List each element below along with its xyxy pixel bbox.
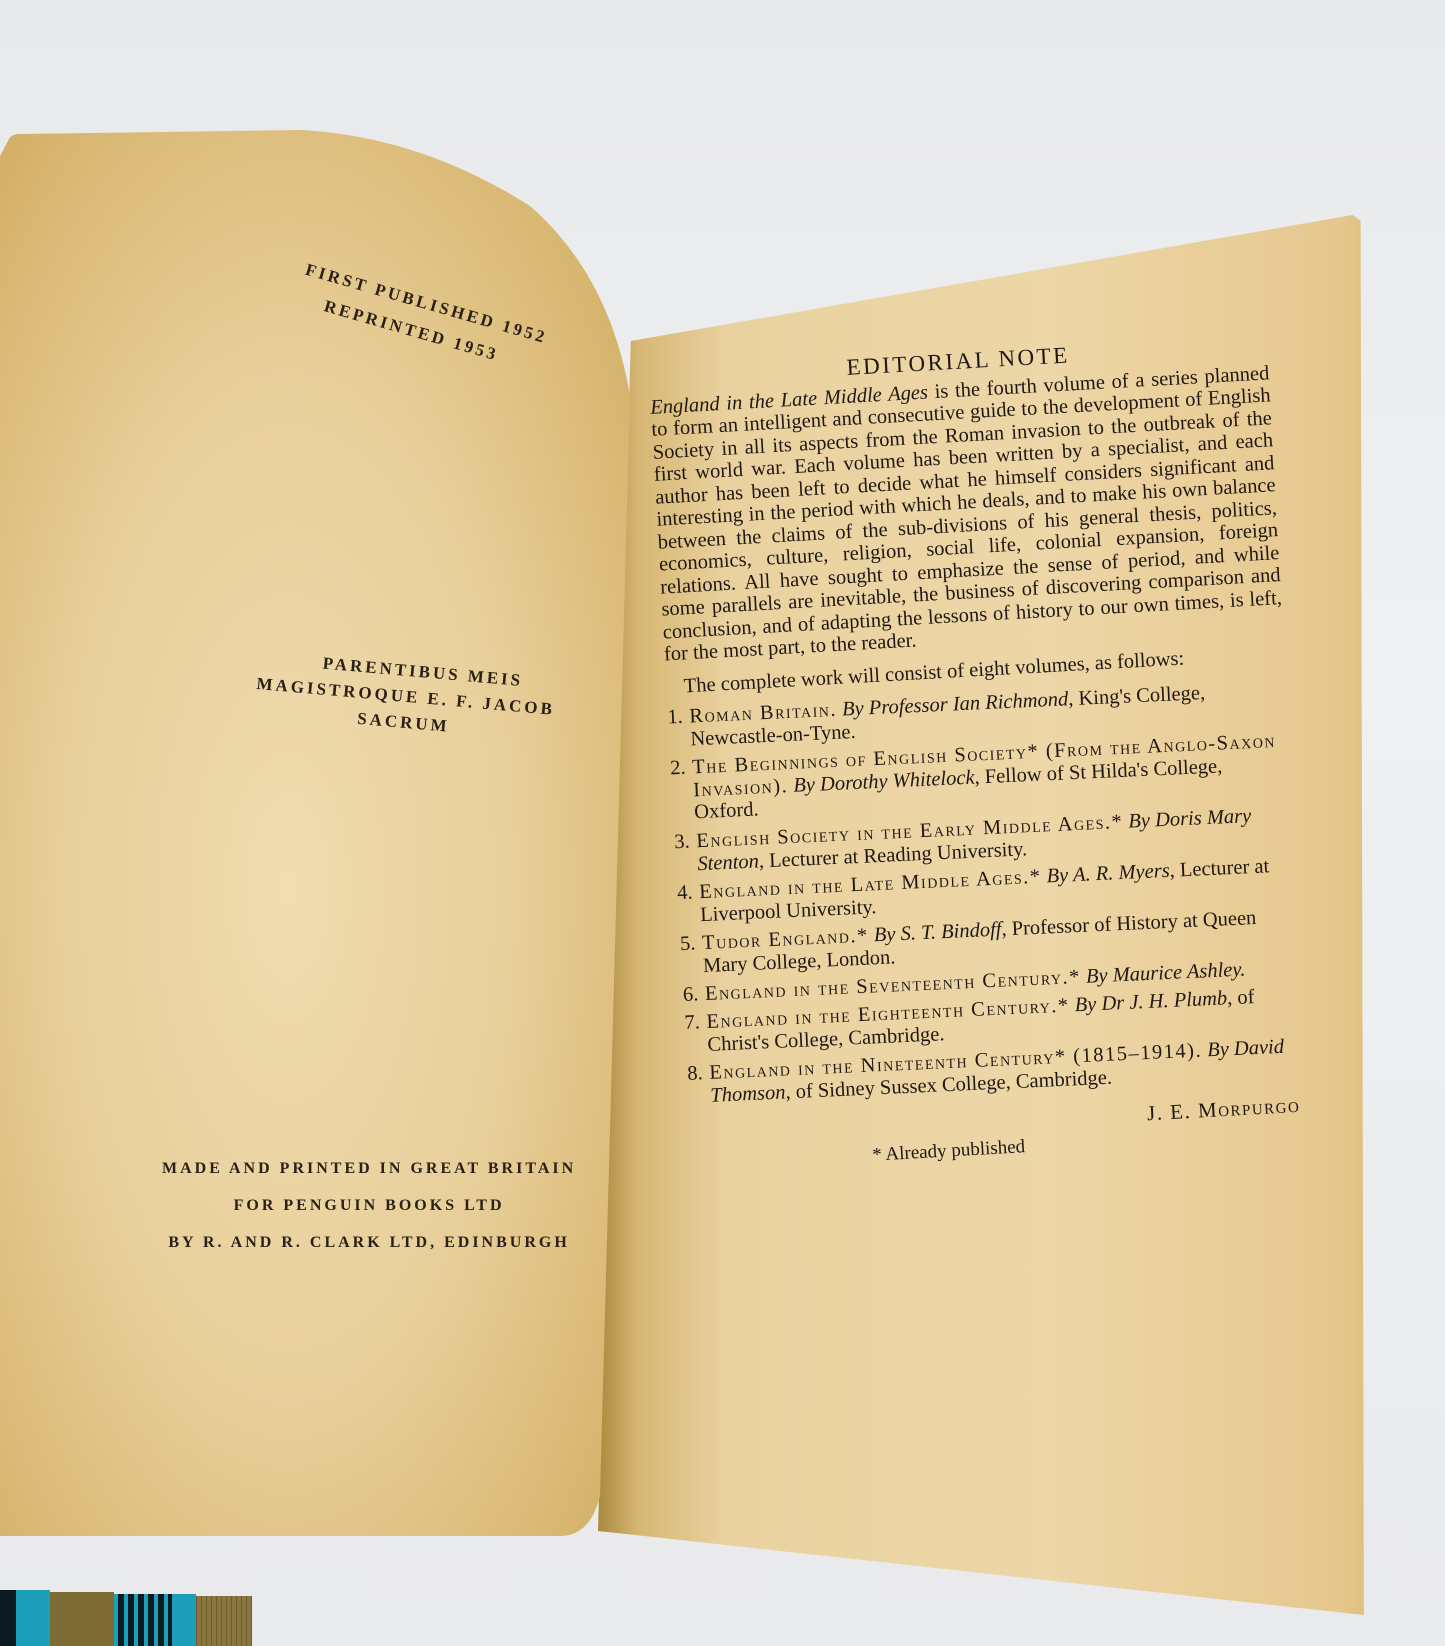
book-spine [50,1592,114,1646]
imprint-line: BY R. AND R. CLARK LTD, EDINBURGH [162,1224,576,1261]
book-spine [172,1594,196,1646]
book-spine [0,1590,16,1646]
editorial-note: EDITORIAL NOTE England in the Late Middl… [648,333,1312,1176]
imprint-line: FOR PENGUIN BOOKS LTD [162,1187,576,1224]
printer-imprint: MADE AND PRINTED IN GREAT BRITAIN FOR PE… [162,1150,576,1261]
imprint-line: MADE AND PRINTED IN GREAT BRITAIN [162,1150,576,1187]
volume-list: 1.Roman Britain. By Professor Ian Richmo… [667,672,1308,1108]
book-spine [196,1596,252,1646]
intro-paragraph: England in the Late Middle Ages is the f… [650,362,1284,666]
book-spine [16,1590,50,1646]
book-spines-background [0,1590,260,1646]
